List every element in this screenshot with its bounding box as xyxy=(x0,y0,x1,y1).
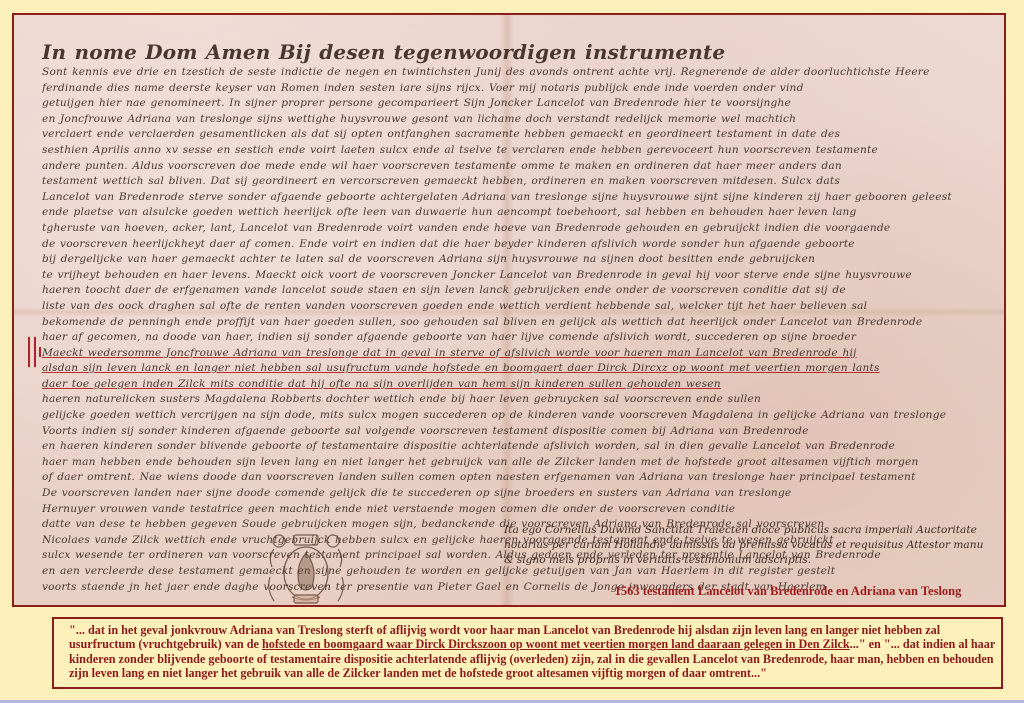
manuscript-line: Sont kennis eve drie en tzestich de sest… xyxy=(42,65,997,81)
manuscript-line: Lancelot van Bredenrode sterve sonder af… xyxy=(42,190,997,206)
notary-line: & signo meis propriis in veritatis testi… xyxy=(504,553,1004,568)
manuscript-line: gelijcke goeden wettich vercrijgen na si… xyxy=(42,408,997,424)
manuscript-line: ende plaetse van alsulcke goeden wettich… xyxy=(42,205,997,221)
manuscript-line: bij dergelijcke van haer gemaeckt achter… xyxy=(42,252,997,268)
manuscript-line: ferdinande dies name deerste keyser van … xyxy=(42,81,997,97)
manuscript-line: tgheruste van hoeven, acker, lant, Lance… xyxy=(42,221,997,237)
manuscript-line: te vrijheyt behouden en haer levens. Mae… xyxy=(42,268,997,284)
quote-underlined-text: hofstede en boomgaard waar Dirck Dircksz… xyxy=(262,637,850,651)
manuscript-line: In nome Dom Amen Bij desen tegenwoordige… xyxy=(42,39,997,65)
quote-line: "... dat in het geval jonkvrouw Adriana … xyxy=(69,623,1001,637)
notary-seal-icon xyxy=(264,527,348,607)
manuscript-line: haer af gecomen, na doode van haer, indi… xyxy=(42,330,997,346)
manuscript-line-highlighted: Maeckt wedersomme Joncfrouwe Adriana van… xyxy=(42,346,997,362)
manuscript-line: getuijgen hier nae genomineert. In sijne… xyxy=(42,96,997,112)
manuscript-line-highlighted: alsdan sijn leven lanck en langer niet h… xyxy=(42,361,997,377)
translation-quote-box: "... dat in het geval jonkvrouw Adriana … xyxy=(52,617,1003,689)
manuscript-line: Hernuyer vrouwen vande testatrice geen m… xyxy=(42,502,997,518)
manuscript-line: haeren naturelicken susters Magdalena Ro… xyxy=(42,392,997,408)
manuscript-line: en haeren kinderen sonder blivende geboo… xyxy=(42,439,997,455)
quote-text: usurfructum (vruchtgebruik) van de xyxy=(69,637,262,651)
document-caption: 1563 testament Lancelot van Bredenrode e… xyxy=(598,584,978,599)
manuscript-line: sesthien Aprilis anno xv sesse en sestic… xyxy=(42,143,997,159)
manuscript-line: de voorscreven heerlijckheyt daer af com… xyxy=(42,237,997,253)
quote-line: zijn leven lang en niet langer het gebru… xyxy=(69,666,1001,680)
notary-attestation: Ita ego Cornelius Duwind Sanctitat Traie… xyxy=(504,523,1004,568)
manuscript-line: Voorts indien sij sonder kinderen afgaen… xyxy=(42,424,997,440)
manuscript-line: bekomende de penningh ende proffijt van … xyxy=(42,315,997,331)
manuscript-line: of daer omtrent. Nae wiens doode dan voo… xyxy=(42,470,997,486)
notary-line: notarius per curiam Hollandie admissus a… xyxy=(504,538,1004,553)
notary-line: Ita ego Cornelius Duwind Sanctitat Traie… xyxy=(504,523,1004,538)
manuscript-scan: In nome Dom Amen Bij desen tegenwoordige… xyxy=(12,13,1006,607)
quote-text: ..." en "... dat indien al haar xyxy=(850,637,996,651)
margin-mark-icon xyxy=(28,337,42,367)
quote-line: usurfructum (vruchtgebruik) van de hofst… xyxy=(69,637,1001,651)
manuscript-line: haer man hebben ende behouden sijn leven… xyxy=(42,455,997,471)
manuscript-line: en Joncfrouwe Adriana van treslonge sijn… xyxy=(42,112,997,128)
manuscript-line: De voorscreven landen naer sijne doode c… xyxy=(42,486,997,502)
manuscript-line: testament wettich sal bliven. Dat sij ge… xyxy=(42,174,997,190)
manuscript-line: verclaert ende verclaerden gesamentlicke… xyxy=(42,127,997,143)
manuscript-line: haeren toocht daer de erfgenamen vande l… xyxy=(42,283,997,299)
manuscript-text: In nome Dom Amen Bij desen tegenwoordige… xyxy=(42,39,997,595)
manuscript-line-highlighted: daer toe gelegen inden Zilck mits condit… xyxy=(42,377,997,393)
manuscript-line: liste van des oock draghen sal ofte de r… xyxy=(42,299,997,315)
quote-line: kinderen zonder blijvende geboorte of te… xyxy=(69,652,1001,666)
manuscript-line: andere punten. Aldus voorscreven doe med… xyxy=(42,159,997,175)
